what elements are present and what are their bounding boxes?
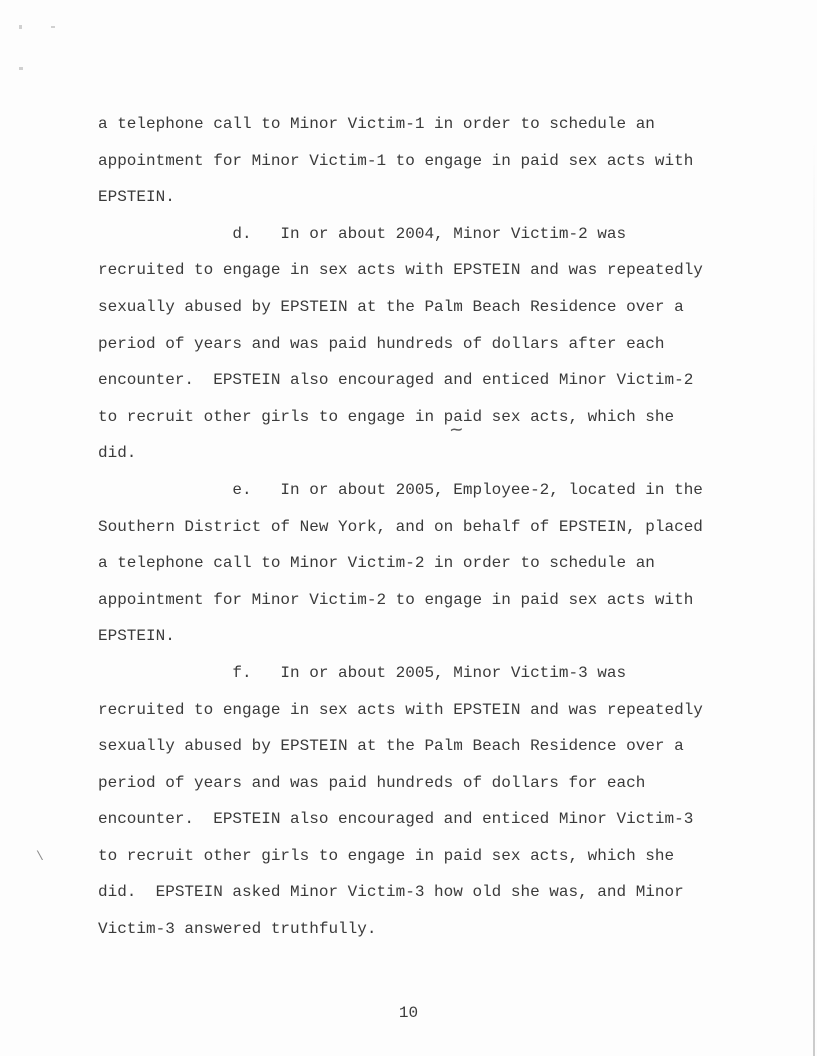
text-line: encounter. EPSTEIN also encouraged and e… — [98, 801, 703, 838]
document-body-text: a telephone call to Minor Victim-1 in or… — [98, 106, 703, 948]
scan-speck — [19, 25, 22, 29]
text-line: Southern District of New York, and on be… — [98, 509, 703, 546]
scan-speck — [51, 26, 55, 28]
text-line: f. In or about 2005, Minor Victim-3 was — [98, 655, 703, 692]
text-line: to recruit other girls to engage in paid… — [98, 838, 703, 875]
text-line: to recruit other girls to engage in paid… — [98, 399, 703, 436]
text-line: recruited to engage in sex acts with EPS… — [98, 252, 703, 289]
text-line: sexually abused by EPSTEIN at the Palm B… — [98, 728, 703, 765]
document-page: a telephone call to Minor Victim-1 in or… — [0, 0, 817, 1056]
scan-edge-line — [813, 140, 815, 1056]
page-number: 10 — [0, 1003, 817, 1023]
text-line: e. In or about 2005, Employee-2, located… — [98, 472, 703, 509]
text-line: period of years and was paid hundreds of… — [98, 765, 703, 802]
text-line: sexually abused by EPSTEIN at the Palm B… — [98, 289, 703, 326]
scan-speck — [19, 67, 23, 70]
text-line: period of years and was paid hundreds of… — [98, 326, 703, 363]
text-line: EPSTEIN. — [98, 179, 703, 216]
scan-backslash-mark: \ — [36, 850, 44, 863]
scan-squiggle-mark: ~ — [449, 420, 464, 443]
text-line: appointment for Minor Victim-1 to engage… — [98, 143, 703, 180]
text-line: a telephone call to Minor Victim-1 in or… — [98, 106, 703, 143]
text-line: encounter. EPSTEIN also encouraged and e… — [98, 362, 703, 399]
text-line: did. EPSTEIN asked Minor Victim-3 how ol… — [98, 874, 703, 911]
text-line: did. — [98, 435, 703, 472]
text-line: a telephone call to Minor Victim-2 in or… — [98, 545, 703, 582]
text-line: EPSTEIN. — [98, 618, 703, 655]
text-line: d. In or about 2004, Minor Victim-2 was — [98, 216, 703, 253]
text-line: Victim-3 answered truthfully. — [98, 911, 703, 948]
text-line: appointment for Minor Victim-2 to engage… — [98, 582, 703, 619]
text-line: recruited to engage in sex acts with EPS… — [98, 692, 703, 729]
